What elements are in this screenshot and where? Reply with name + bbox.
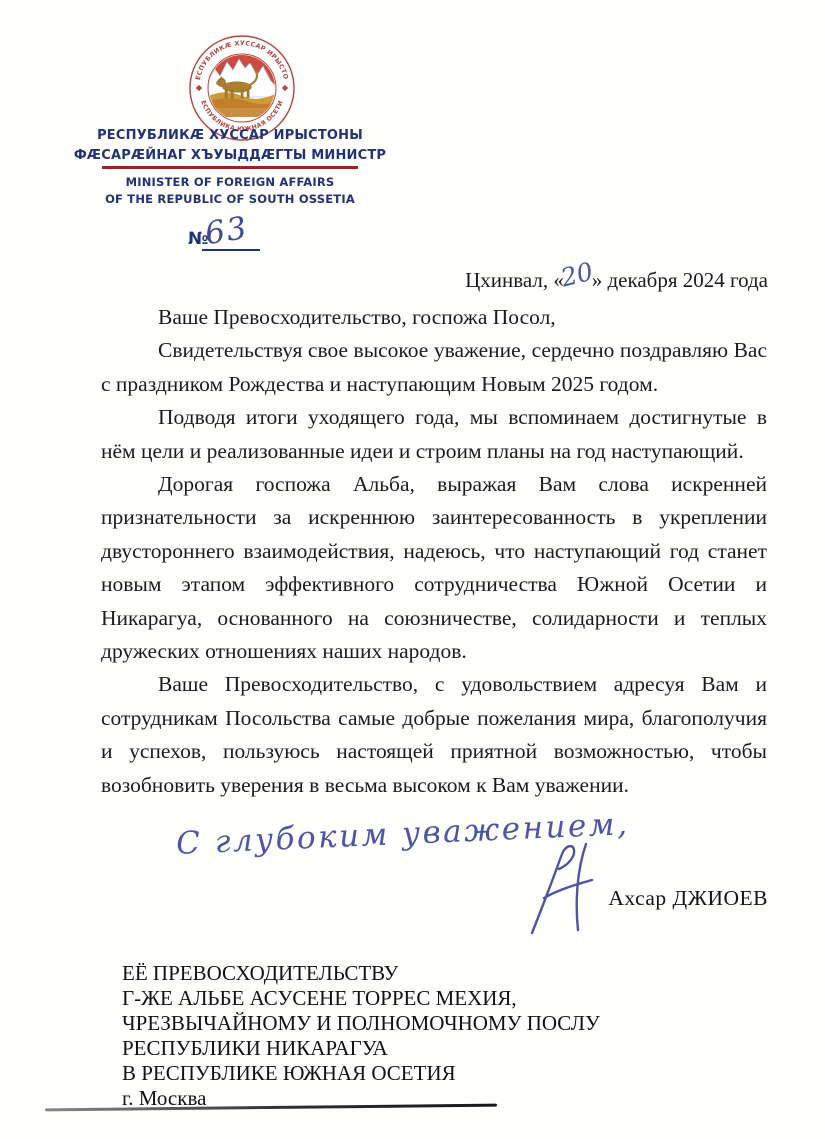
ministry-title-english-line2: OF THE REPUBLIC OF SOUTH OSSETIA <box>2 191 458 209</box>
salutation: Ваше Превосходительство, госпожа Посол, <box>101 301 767 334</box>
handwritten-number: 63 <box>202 210 251 252</box>
body-paragraph: Дорогая госпожа Альба, выражая Вам слова… <box>101 468 767 668</box>
dateline: Цхинвал, «20» декабря 2024 года <box>465 264 768 293</box>
body-paragraph: Ваше Превосходительство, с удовольствием… <box>101 668 767 802</box>
recipient-line: ЧРЕЗВЫЧАЙНОМУ И ПОЛНОМОЧНОМУ ПОСЛУ <box>122 1011 600 1036</box>
letter-page: РЕСПУБЛИКÆ ХУССАР ИРЫСТОН РЕСПУБЛИКА ЮЖН… <box>0 0 825 1139</box>
ministry-title-native-line1: РЕСПУБЛИКÆ ХУССАР ИРЫСТОНЫ <box>2 126 458 146</box>
dateline-prefix: Цхинвал, « <box>465 268 564 292</box>
letterhead-red-rule <box>102 166 358 169</box>
recipient-line: РЕСПУБЛИКИ НИКАРАГУА <box>122 1036 600 1061</box>
reference-number-row: № 63 <box>188 229 208 263</box>
recipient-line: В РЕСПУБЛИКЕ ЮЖНАЯ ОСЕТИЯ <box>122 1061 600 1086</box>
letterhead-block: РЕСПУБЛИКÆ ХУССАР ИРЫСТОНЫ ФÆСАРÆЙНАГ ХЪ… <box>2 126 458 209</box>
dateline-suffix: » декабря 2024 года <box>592 268 768 292</box>
number-underline <box>202 249 260 251</box>
signature-stroke <box>516 838 606 938</box>
ministry-title-native-line2: ФÆСАРÆЙНАГ ХЪУЫДДÆГТЫ МИНИСТР <box>2 146 458 166</box>
signatory-name: Ахсар ДЖИОЕВ <box>608 886 768 911</box>
ministry-title-english-line1: MINISTER OF FOREIGN AFFAIRS <box>2 174 458 192</box>
recipient-line: ЕЁ ПРЕВОСХОДИТЕЛЬСТВУ <box>122 961 600 986</box>
recipient-line: Г-ЖЕ АЛЬБЕ АСУСЕНЕ ТОРРЕС МЕХИЯ, <box>122 986 600 1011</box>
letter-body: Ваше Превосходительство, госпожа Посол, … <box>101 301 767 802</box>
body-paragraph: Свидетельствуя свое высокое уважение, се… <box>101 334 767 401</box>
body-paragraph: Подводя итоги уходящего года, мы вспомин… <box>101 401 767 468</box>
handwritten-day: 20 <box>558 257 596 293</box>
recipient-block: ЕЁ ПРЕВОСХОДИТЕЛЬСТВУ Г-ЖЕ АЛЬБЕ АСУСЕНЕ… <box>122 961 600 1111</box>
